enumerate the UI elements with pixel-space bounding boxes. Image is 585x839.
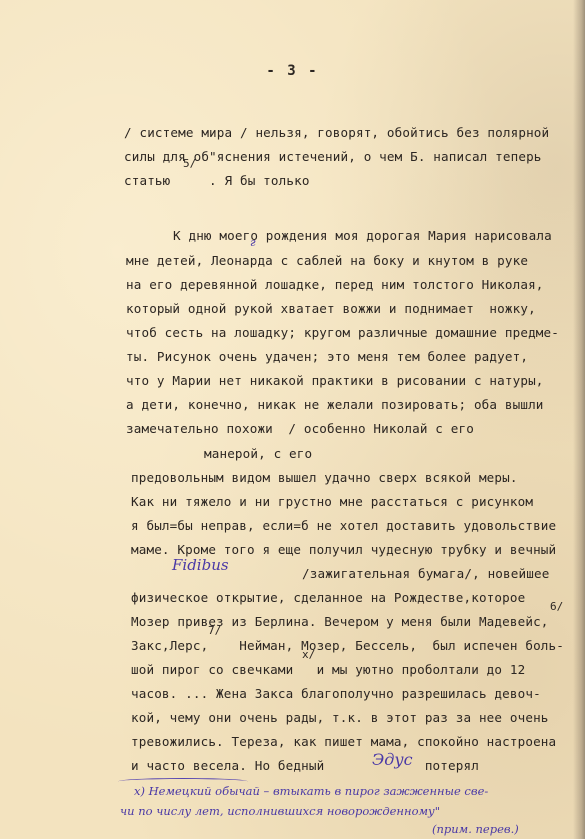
text-line: ты. Рисунок очень удачен; это меня тем б…: [126, 349, 528, 364]
text-line: мне детей, Леонарда с саблей на боку и к…: [126, 253, 528, 268]
handwritten-footnote-note: (прим. перев.): [432, 822, 519, 836]
text-line: шой пирог со свечками и мы уютно проболт…: [131, 662, 525, 677]
text-line: и часто весела. Но бедный потерял: [131, 758, 479, 773]
text-line: на его деревянной лошадке, перед ним тол…: [126, 277, 544, 292]
text-line: что у Марии нет никакой практики в рисов…: [126, 373, 544, 388]
handwritten-footnote-line1: x) Немецкий обычай – втыкать в пирог заж…: [134, 784, 488, 798]
footnote-mark-5: 5/: [183, 157, 196, 170]
text-line: тревожились. Тереза, как пишет мама, спо…: [131, 734, 556, 749]
text-line: предовольным видом вышел удачно сверх вс…: [131, 470, 518, 485]
text-line: Мозер привез из Берлина. Вечером у меня …: [131, 614, 549, 629]
text-line: статью . Я бы только: [124, 173, 310, 188]
footnote-mark-6: 6/: [550, 600, 563, 613]
footnote-mark-x: x/: [302, 648, 315, 661]
text-line: я был=бы неправ, если=б не хотел достави…: [131, 518, 556, 533]
handwritten-name-insert: Эдус: [372, 750, 413, 769]
text-line: часов. ... Жена Закса благополучно разре…: [131, 686, 541, 701]
page-number: - 3 -: [0, 63, 585, 79]
text-line: Закс,Лерс, Нейман, Мозер, Бессель, был и…: [131, 638, 564, 653]
text-line: /зажигательная бумага/, новейшее: [302, 566, 549, 581]
text-line: Как ни тяжело и ни грустно мне расстатьс…: [131, 494, 533, 509]
footnote-mark-7: 7/: [208, 624, 221, 637]
text-line: кой, чему они очень рады, т.к. в этот ра…: [131, 710, 549, 725]
text-line: К дню моего рождения моя дорогая Мария н…: [173, 228, 552, 243]
text-line: который одной рукой хватает вожжи и подн…: [126, 301, 536, 316]
handwritten-footnote-line2: чи по числу лет, исполнившихся новорожде…: [120, 804, 440, 818]
paper-edge: [573, 0, 585, 839]
handwritten-fidibus: Fidibus: [172, 556, 229, 574]
handwritten-correction: г: [250, 236, 256, 249]
text-line: физическое открытие, сделанное на Рождес…: [131, 590, 525, 605]
text-line: / системе мира / нельзя, говорят, обойти…: [124, 125, 549, 140]
text-line: маме. Кроме того я еще получил чудесную …: [131, 542, 556, 557]
text-line: а дети, конечно, никак не желали позиров…: [126, 397, 544, 412]
text-line: манерой, с его: [204, 446, 312, 461]
text-line: замечательно похожи / особенно Николай с…: [126, 421, 474, 436]
text-line: чтоб сесть на лошадку; кругом различные …: [126, 325, 559, 340]
